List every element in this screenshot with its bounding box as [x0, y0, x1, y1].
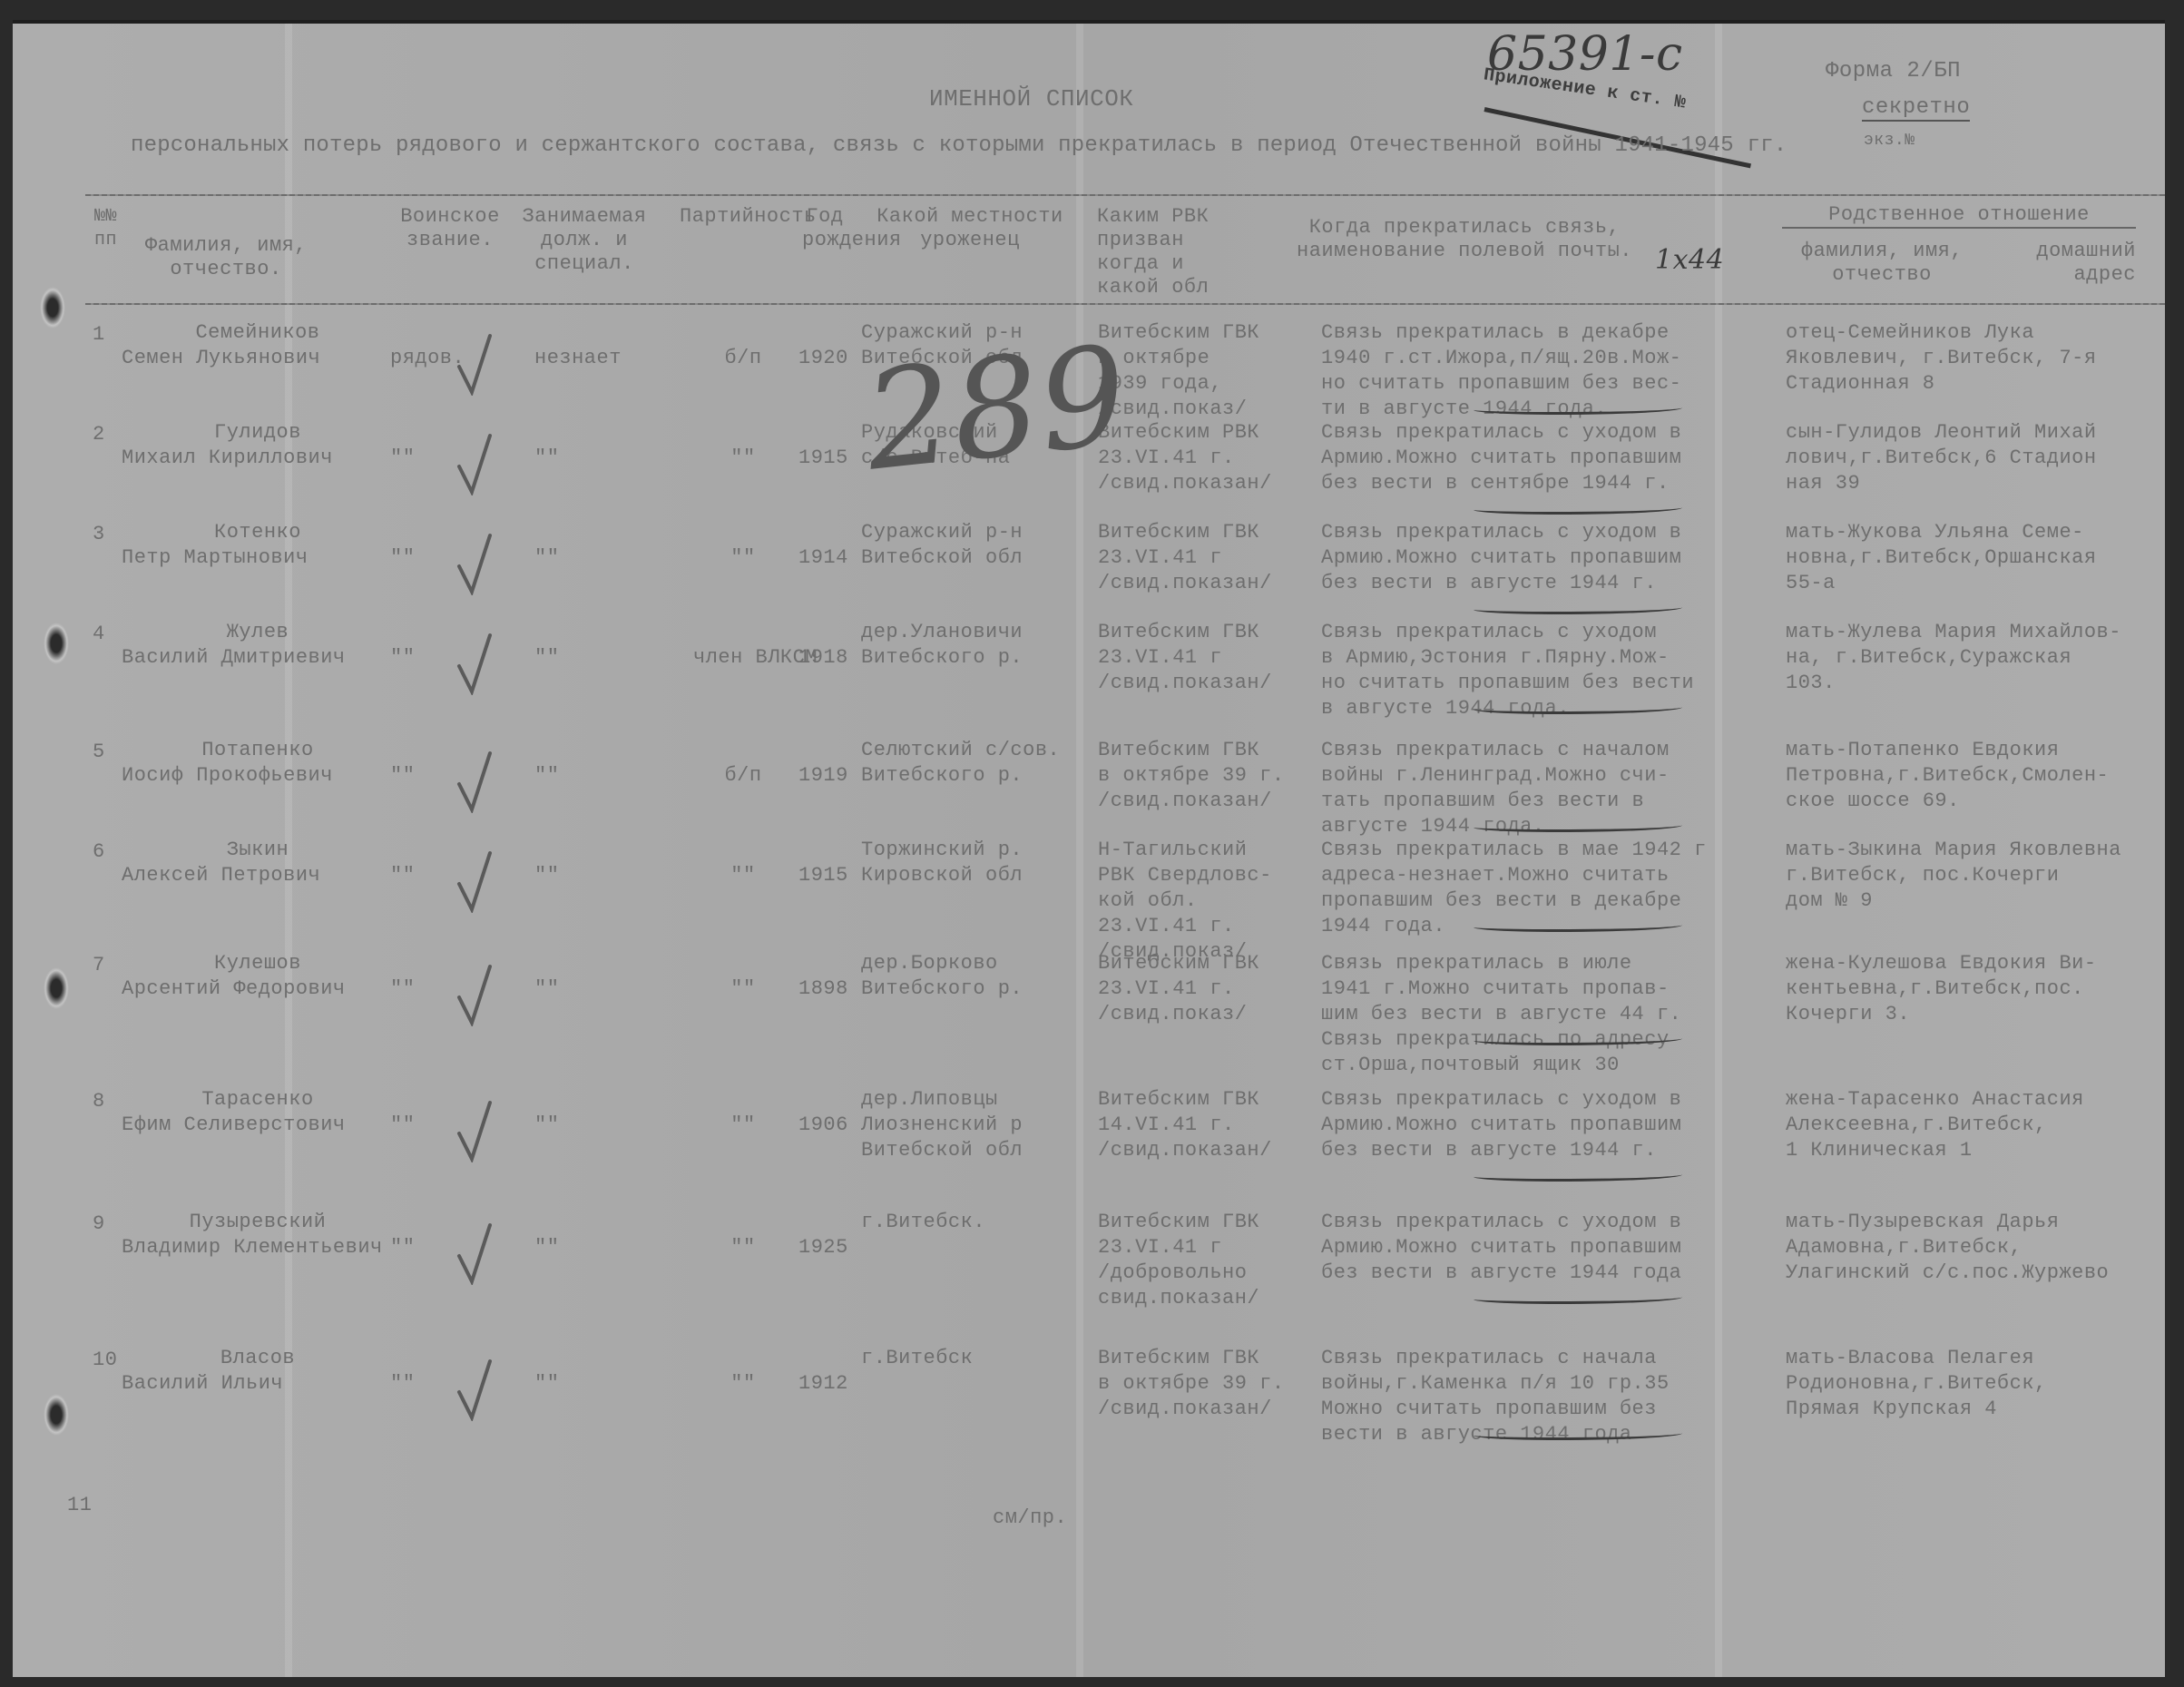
relative-line: лович,г.Витебск,6 Стадион — [1786, 446, 2097, 470]
col-draft: Каким РВК призван когда и какой обл — [1097, 205, 1242, 299]
rank: "" — [390, 764, 415, 788]
document-page: 65391-с Приложение к ст. № Форма 2/БП се… — [13, 20, 2165, 1677]
given-name: Алексей Петрович — [122, 864, 320, 888]
birth-year: 1915 — [798, 446, 848, 470]
row-number: 4 — [93, 623, 105, 646]
draft-line: /добровольно — [1098, 1261, 1247, 1285]
given-name: Иосиф Прокофьевич — [122, 764, 333, 788]
party: "" — [693, 1113, 793, 1137]
relative-line: жена-Тарасенко Анастасия — [1786, 1088, 2084, 1112]
col-position: Занимаемая долж. и специал. — [521, 205, 648, 276]
given-name: Семен Лукьянович — [122, 347, 320, 370]
lost-contact-line: войны,г.Каменка п/я 10 гр.35 — [1321, 1372, 1670, 1396]
lost-contact-line: без вести в августе 1944 г. — [1321, 1139, 1657, 1162]
checkmark-icon — [455, 1099, 492, 1162]
draft-line: Витебским ГВК — [1098, 1347, 1259, 1370]
draft-line: в октябре 39 г. — [1098, 1372, 1285, 1396]
relative-line: Адамовна,г.Витебск, — [1786, 1236, 2022, 1260]
relative-line: мать-Власова Пелагея — [1786, 1347, 2034, 1370]
birth-year: 1906 — [798, 1113, 848, 1137]
row-number: 1 — [93, 323, 105, 347]
lost-contact-line: без вести в сентябре 1944 г. — [1321, 472, 1670, 495]
origin-line: Селютский с/сов. — [861, 739, 1060, 762]
draft-line: Витебским ГВК — [1098, 952, 1259, 976]
party: б/п — [693, 347, 793, 370]
draft-line: Н-Тагильский — [1098, 839, 1247, 862]
footer-mark: см/пр. — [993, 1506, 1067, 1530]
relative-line: 103. — [1786, 672, 1836, 695]
pen-underline — [1474, 1428, 1682, 1440]
relative-line: жена-Кулешова Евдокия Ви- — [1786, 952, 2097, 976]
position: "" — [534, 977, 559, 1001]
rank: "" — [390, 546, 415, 570]
origin-line: Витебского р. — [861, 646, 1023, 670]
draft-line: 23.VI.41 г. — [1098, 977, 1235, 1001]
relative-line: сын-Гулидов Леонтий Михай — [1786, 421, 2097, 445]
lost-contact-line: шим без вести в августе 44 г. — [1321, 1003, 1681, 1026]
rank: "" — [390, 1372, 415, 1396]
lost-contact-line: без вести в августе 1944 года — [1321, 1261, 1681, 1285]
header-bottom-rule — [85, 303, 2165, 305]
lost-contact-line: пропавшим без вести в декабре — [1321, 889, 1681, 913]
given-name: Владимир Клементьевич — [122, 1236, 383, 1260]
rank: "" — [390, 864, 415, 888]
draft-line: Витебским ГВК — [1098, 521, 1259, 544]
origin-line: Суражский р-н — [861, 521, 1023, 544]
draft-line: /свид.показан/ — [1098, 672, 1272, 695]
birth-year: 1914 — [798, 546, 848, 570]
draft-line: 23.VI.41 г — [1098, 546, 1222, 570]
pen-underline — [1474, 1292, 1682, 1304]
origin-line: Кировской обл — [861, 864, 1023, 888]
checkmark-icon — [455, 432, 492, 495]
row-number: 11 — [67, 1494, 92, 1517]
birth-year: 1915 — [798, 864, 848, 888]
party: б/п — [693, 764, 793, 788]
draft-line: /свид.показ/ — [1098, 1003, 1247, 1026]
origin-line: Витебской обл — [861, 546, 1023, 570]
lost-contact-line: войны г.Ленинград.Можно счи- — [1321, 764, 1670, 788]
origin-line: дер.Липовцы — [861, 1088, 998, 1112]
position: "" — [534, 546, 559, 570]
copy-label: экз.№ — [1864, 129, 1915, 152]
party: "" — [693, 546, 793, 570]
lost-contact-line: Армию.Можно считать пропавшим — [1321, 1236, 1681, 1260]
position: "" — [534, 1372, 559, 1396]
lost-contact-line: Связь прекратилась с уходом в — [1321, 1088, 1681, 1112]
position: "" — [534, 864, 559, 888]
lost-contact-line: без вести в августе 1944 г. — [1321, 572, 1657, 595]
given-name: Ефим Селиверстович — [122, 1113, 346, 1137]
draft-line: Витебским ГВК — [1098, 739, 1259, 762]
row-number: 6 — [93, 840, 105, 864]
header-top-rule — [85, 194, 2165, 196]
origin-line: Торжинский р. — [861, 839, 1023, 862]
rank: "" — [390, 1236, 415, 1260]
surname: Котенко — [176, 521, 339, 544]
origin-line: Витебского р. — [861, 977, 1023, 1001]
row-number: 2 — [93, 423, 105, 446]
draft-line: Витебским ГВК — [1098, 1211, 1259, 1234]
surname: Гулидов — [176, 421, 339, 445]
lost-contact-line: Связь прекратилась в декабре — [1321, 321, 1670, 345]
given-name: Петр Мартынович — [122, 546, 309, 570]
party: "" — [693, 446, 793, 470]
checkmark-icon — [455, 532, 492, 595]
relative-line: ная 39 — [1786, 472, 1860, 495]
lost-contact-line: Армию.Можно считать пропавшим — [1321, 546, 1681, 570]
rank: "" — [390, 646, 415, 670]
paper-fold — [1076, 24, 1083, 1677]
relative-line: мать-Зыкина Мария Яковлевна — [1786, 839, 2121, 862]
draft-line: Витебским ГВК — [1098, 1088, 1259, 1112]
relative-line: Кочерги 3. — [1786, 1003, 1910, 1026]
row-number: 10 — [93, 1349, 117, 1372]
origin-line: г.Витебск. — [861, 1211, 985, 1234]
draft-line: 23.VI.41 г — [1098, 646, 1222, 670]
pen-underline — [1474, 1170, 1682, 1182]
lost-contact-line: в Армию,Эстония г.Пярну.Мож- — [1321, 646, 1670, 670]
relative-line: Алексеевна,г.Витебск, — [1786, 1113, 2047, 1137]
rank: "" — [390, 1113, 415, 1137]
origin-line: дер.Улановичи — [861, 621, 1023, 644]
draft-line: Витебским ГВК — [1098, 621, 1259, 644]
col-born: Год рождения — [802, 205, 847, 252]
draft-line: 23.VI.41 г — [1098, 1236, 1222, 1260]
relative-line: 55-а — [1786, 572, 1836, 595]
lost-contact-line: ст.Орша,почтовый ящик 30 — [1321, 1054, 1620, 1077]
origin-line: Витебской обл — [861, 1139, 1023, 1162]
relative-line: новна,г.Витебск,Оршанская — [1786, 546, 2097, 570]
surname: Кулешов — [176, 952, 339, 976]
document-subtitle: персональных потерь рядового и сержантск… — [131, 134, 1787, 158]
lost-contact-line: Армию.Можно считать пропавшим — [1321, 1113, 1681, 1137]
relative-line: мать-Жукова Ульяна Семе- — [1786, 521, 2084, 544]
party: "" — [693, 1372, 793, 1396]
punch-hole — [44, 1394, 69, 1436]
party: член ВЛКСМ — [693, 646, 793, 670]
birth-year: 1919 — [798, 764, 848, 788]
relative-line: на, г.Витебск,Суражская — [1786, 646, 2071, 670]
relative-line: мать-Пузыревская Дарья — [1786, 1211, 2059, 1234]
draft-line: РВК Свердловс- — [1098, 864, 1272, 888]
surname: Жулев — [176, 621, 339, 644]
lost-contact-line: 1940 г.ст.Ижора,п/ящ.20в.Мож- — [1321, 347, 1681, 370]
rank: рядов. — [390, 347, 465, 370]
row-number: 3 — [93, 523, 105, 546]
position: "" — [534, 764, 559, 788]
rank: "" — [390, 446, 415, 470]
checkmark-icon — [455, 1221, 492, 1285]
origin-line: г.Витебск — [861, 1347, 973, 1370]
header-handnote: 1х44 — [1655, 249, 1724, 272]
punch-hole — [44, 967, 69, 1009]
document-title: Именной список — [929, 87, 1133, 111]
pen-underline — [1474, 702, 1682, 714]
relative-line: мать-Жулева Мария Михайлов- — [1786, 621, 2121, 644]
relative-line: отец-Семейников Лука — [1786, 321, 2034, 345]
col-origin: Какой местности уроженец — [866, 205, 1074, 252]
lost-contact-line: Связь прекратилась с началом — [1321, 739, 1670, 762]
surname: Потапенко — [176, 739, 339, 762]
lost-contact-line: Можно считать пропавшим без — [1321, 1398, 1657, 1421]
lost-contact-line: тать пропавшим без вести в — [1321, 790, 1644, 813]
party: "" — [693, 977, 793, 1001]
checkmark-icon — [455, 750, 492, 813]
relative-line: ское шоссе 69. — [1786, 790, 1960, 813]
given-name: Василий Ильич — [122, 1372, 283, 1396]
row-number: 5 — [93, 741, 105, 764]
birth-year: 1912 — [798, 1372, 848, 1396]
lost-contact-line: 1944 года. — [1321, 915, 1445, 938]
rank: "" — [390, 977, 415, 1001]
punch-hole — [44, 623, 69, 664]
draft-line: в октябре 39 г. — [1098, 764, 1285, 788]
draft-line: /свид.показан/ — [1098, 790, 1272, 813]
form-label: Форма 2/БП — [1826, 60, 1961, 83]
relative-line: Петровна,г.Витебск,Смолен- — [1786, 764, 2109, 788]
draft-line: кой обл. — [1098, 889, 1198, 913]
given-name: Василий Дмитриевич — [122, 646, 346, 670]
row-number: 9 — [93, 1212, 105, 1236]
checkmark-icon — [455, 1358, 492, 1421]
position: "" — [534, 1113, 559, 1137]
origin-line: Лиозненский р — [861, 1113, 1023, 1137]
draft-line: Витебским ГВК — [1098, 321, 1259, 345]
col-rank: Воинское звание. — [387, 205, 514, 252]
lost-contact-line: Связь прекратилась с уходом — [1321, 621, 1657, 644]
position: "" — [534, 1236, 559, 1260]
birth-year: 1925 — [798, 1236, 848, 1260]
col-party: Партийность — [680, 205, 788, 229]
origin-line: дер.Борково — [861, 952, 998, 976]
pen-underline — [1474, 403, 1682, 415]
lost-contact-line: 1941 г.Можно считать пропав- — [1321, 977, 1670, 1001]
lost-contact-line: Связь прекратилась в мае 1942 г — [1321, 839, 1707, 862]
lost-contact-line: но считать пропавшим без вес- — [1321, 372, 1681, 396]
handwritten-number: 289 — [859, 328, 1133, 490]
lost-contact-line: адреса-незнает.Можно считать — [1321, 864, 1670, 888]
surname: Зыкин — [176, 839, 339, 862]
lost-contact-line: Связь прекратилась с начала — [1321, 1347, 1657, 1370]
checkmark-icon — [455, 332, 492, 396]
lost-contact-line: Связь прекратилась в июле — [1321, 952, 1632, 976]
lost-contact-line: Армию.Можно считать пропавшим — [1321, 446, 1681, 470]
relative-line: дом № 9 — [1786, 889, 1873, 913]
row-number: 7 — [93, 954, 105, 977]
lost-contact-line: Связь прекратилась с уходом в — [1321, 1211, 1681, 1234]
relative-line: Прямая Крупская 4 — [1786, 1398, 1997, 1421]
surname: Тарасенко — [176, 1088, 339, 1112]
col-name: Фамилия, имя, отчество. — [140, 234, 312, 281]
draft-line: свид.показан/ — [1098, 1287, 1259, 1310]
surname: Семейников — [176, 321, 339, 345]
lost-contact-line: но считать пропавшим без вести — [1321, 672, 1694, 695]
relative-line: 1 Клиническая 1 — [1786, 1139, 1973, 1162]
surname: Власов — [176, 1347, 339, 1370]
birth-year: 1918 — [798, 646, 848, 670]
draft-line: 23.VI.41 г. — [1098, 915, 1235, 938]
checkmark-icon — [455, 963, 492, 1026]
lost-contact-line: Связь прекратилась с уходом в — [1321, 421, 1681, 445]
party: "" — [693, 1236, 793, 1260]
given-name: Арсентий Федорович — [122, 977, 346, 1001]
relative-line: Яковлевич, г.Витебск, 7-я — [1786, 347, 2097, 370]
col-kin-name: фамилия, имя, отчество — [1773, 240, 1991, 287]
pen-underline — [1474, 503, 1682, 515]
punch-hole — [40, 287, 65, 329]
col-kin-group: Родственное отношение — [1782, 203, 2136, 229]
classification: секретно — [1862, 96, 1970, 122]
lost-contact-line: Связь прекратилась с уходом в — [1321, 521, 1681, 544]
row-number: 8 — [93, 1090, 105, 1113]
birth-year: 1898 — [798, 977, 848, 1001]
draft-line: /свид.показан/ — [1098, 1139, 1272, 1162]
given-name: Михаил Кириллович — [122, 446, 333, 470]
relative-line: кентьевна,г.Витебск,пос. — [1786, 977, 2084, 1001]
position: "" — [534, 446, 559, 470]
position: незнает — [534, 347, 622, 370]
pen-underline — [1474, 820, 1682, 832]
checkmark-icon — [455, 632, 492, 695]
relative-line: Стадионная 8 — [1786, 372, 1934, 396]
checkmark-icon — [455, 849, 492, 913]
relative-line: Улагинский с/с.пос.Журжево — [1786, 1261, 2109, 1285]
draft-line: 14.VI.41 г. — [1098, 1113, 1235, 1137]
pen-underline — [1474, 603, 1682, 614]
col-num: №№ пп — [94, 205, 122, 252]
relative-line: мать-Потапенко Евдокия — [1786, 739, 2059, 762]
birth-year: 1920 — [798, 347, 848, 370]
draft-line: /свид.показан/ — [1098, 1398, 1272, 1421]
draft-line: /свид.показан/ — [1098, 572, 1272, 595]
col-lost: Когда прекратилась связь, наименование п… — [1274, 216, 1655, 263]
relative-line: Родионовна,г.Витебск, — [1786, 1372, 2047, 1396]
position: "" — [534, 646, 559, 670]
surname: Пузыревский — [176, 1211, 339, 1234]
draft-line: /свид.показан/ — [1098, 472, 1272, 495]
col-kin-addr: домашний адрес — [2009, 240, 2136, 287]
origin-line: Витебского р. — [861, 764, 1023, 788]
party: "" — [693, 864, 793, 888]
relative-line: г.Витебск, пос.Кочерги — [1786, 864, 2059, 888]
pen-underline — [1474, 920, 1682, 932]
